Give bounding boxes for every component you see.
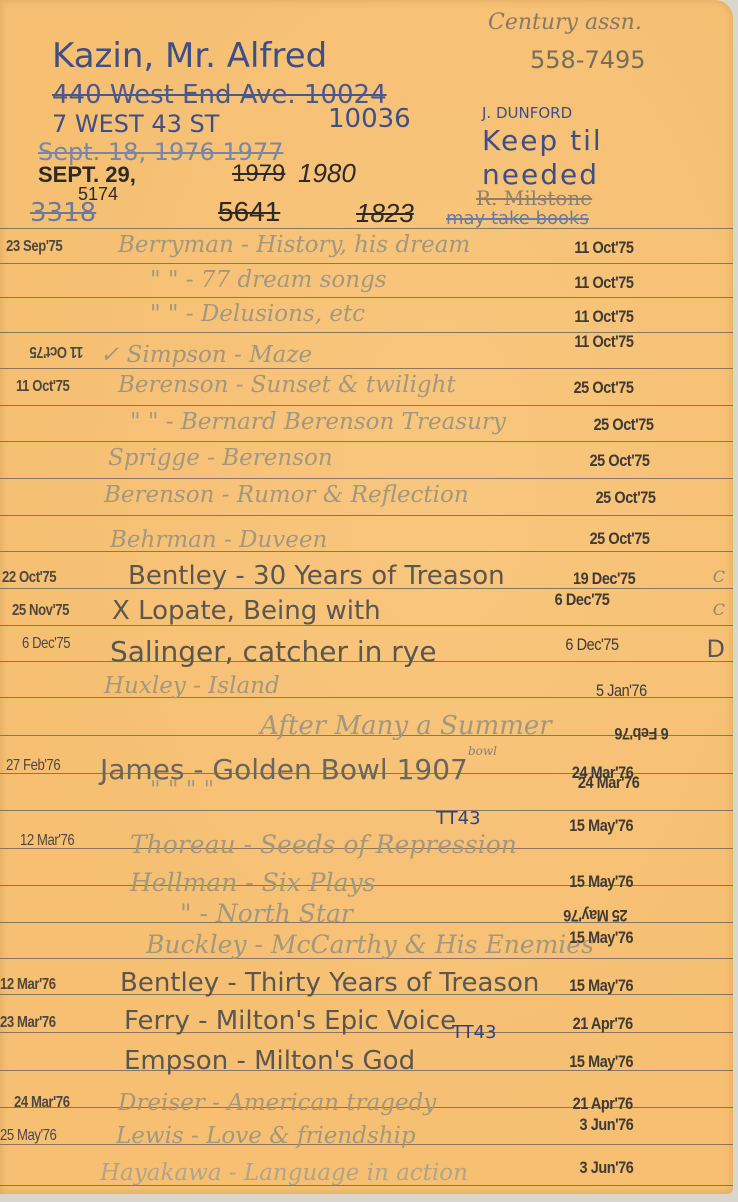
date-in: 25 Oct'75 [595,488,655,508]
date-out: 25 Nov'75 [12,602,69,620]
date-in: 24 Mar'76 [578,773,639,793]
old-number-struck-1: 3318 [30,198,96,228]
loan-entry: " - North Star 25 May'76 [0,885,733,922]
book-title: Huxley - Island [104,673,280,699]
book-title: " " - Bernard Berenson Treasury [130,409,506,435]
date-in: 25 Oct'75 [589,529,649,549]
date-out: 11 Oct'75 [30,342,83,360]
loan-entry: 27 Feb'76 James - Golden Bowl 1907 24 Ma… [0,735,733,772]
book-title: Buckley - McCarthy & His Enemies [146,930,594,959]
old-number-struck-2: 5641 [218,196,280,228]
return-note: C [713,600,725,619]
date-in: 25 Oct'75 [593,415,653,435]
book-title: Berryman - History, his dream [118,232,470,258]
book-title: ✓ Simpson - Maze [100,342,312,368]
note-keep-line1: Keep til [482,124,603,157]
loan-entry: 23 Mar'76 Ferry - Milton's Epic Voice 21… [0,994,733,1031]
date-in: 6 Dec'75 [566,635,619,655]
return-note: C [713,567,725,586]
borrower-name: Kazin, Mr. Alfred [52,36,327,76]
date-out: 12 Mar'76 [0,976,56,994]
date-in: 15 May'76 [569,816,633,836]
date-out: 23 Mar'76 [0,1014,56,1032]
loan-entry: 25 Nov'75 X Lopate, Being with 6 Dec'75 … [0,588,733,625]
current-address-zip: 10036 [328,104,411,134]
call-number-annotation: TT43 [452,1022,497,1043]
date-in: 15 May'76 [569,1052,633,1072]
date-in: 11 Oct'75 [574,273,633,293]
date-out: 11 Oct'75 [16,378,69,396]
loan-entry: Hayakawa - Language in action 3 Jun'76 [0,1144,733,1181]
date-in: 11 Oct'75 [574,332,633,352]
loan-entry: 12 Mar'76 Thoreau - Seeds of Repression … [0,810,733,847]
date-in: 21 Apr'76 [573,1014,633,1034]
loan-entry: " " - Delusions, etc 11 Oct'75 [0,297,733,334]
return-note: D [707,635,725,663]
date-out: 22 Oct'75 [2,569,56,587]
struck-note-2: may take books [446,208,589,229]
old-number-struck-3: 1823 [356,198,414,229]
loan-entry: Huxley - Island 5 Jan'76 [0,661,733,698]
book-title: " " - Delusions, etc [150,301,365,327]
date-year: 1980 [298,158,356,189]
loan-entry: 6 Dec'75 Salinger, catcher in rye 6 Dec'… [0,625,733,662]
date-in: 25 Oct'75 [573,378,633,398]
loan-entry: Sprigge - Berenson 25 Oct'75 [0,441,733,478]
book-title: Berenson - Sunset & twilight [118,372,456,398]
library-card: Kazin, Mr. Alfred Century assn. 558-7495… [0,0,733,1194]
book-title: Bentley - 30 Years of Treason [128,561,505,591]
date-in: 6 Dec'75 [554,590,609,610]
golden-bowl-annotation: bowl [468,744,497,758]
loan-entry: " " " " 24 Mar'76 [0,773,733,810]
date-in: 11 Oct'75 [574,307,633,327]
affiliation: Century assn. [488,10,642,35]
loan-entry: 11 Oct'75 ✓ Simpson - Maze 11 Oct'75 [0,332,733,369]
date-in: 19 Dec'75 [573,569,635,589]
date-out: 6 Dec'75 [22,635,70,653]
phone-number: 558-7495 [530,46,646,74]
note-name: J. DUNFORD [482,104,572,122]
loan-entry: After Many a Summer 6 Feb'76 [0,697,733,734]
struck-note: R. Milstone [476,186,592,210]
loan-entry: " " - 77 dream songs 11 Oct'75 [0,263,733,300]
book-title: " " - 77 dream songs [150,267,387,293]
loan-entry: Behrman - Duveen 25 Oct'75 [0,515,733,552]
date-in: 3 Jun'76 [579,1158,633,1178]
book-title: " " " " [150,777,214,803]
loan-entry: 22 Oct'75 Bentley - 30 Years of Treason … [0,551,733,588]
date-in: 15 May'76 [569,928,633,948]
call-number-annotation: TT43 [436,808,481,829]
date-in: 25 Oct'75 [589,451,649,471]
date-in: 3 Jun'76 [579,1115,633,1135]
date-struck-year: 1979 [232,160,285,188]
loan-entry: 25 May'76 Lewis - Love & friendship 3 Ju… [0,1107,733,1144]
loan-entry: 12 Mar'76 Bentley - Thirty Years of Trea… [0,958,733,995]
book-title: Behrman - Duveen [110,527,327,553]
date-in: 15 May'76 [569,976,633,996]
date-out: 23 Sep'75 [6,238,62,256]
current-address-street: 7 WEST 43 ST [52,110,219,138]
loan-entry: 24 Mar'76 Dreiser - American tragedy 21 … [0,1070,733,1107]
book-title: Berenson - Rumor & Reflection [104,482,469,508]
loan-entry: 23 Sep'75 Berryman - History, his dream … [0,228,733,265]
book-title: Sprigge - Berenson [108,445,333,471]
book-title: Hayakawa - Language in action [100,1160,468,1186]
loan-entry: Hellman - Six Plays 15 May'76 [0,848,733,885]
loan-entry: Empson - Milton's God 15 May'76 [0,1032,733,1069]
book-title: X Lopate, Being with [112,596,381,626]
date-in: 11 Oct'75 [574,238,633,258]
loan-entry: Buckley - McCarthy & His Enemies 15 May'… [0,922,733,959]
loan-entry: Berenson - Rumor & Reflection 25 Oct'75 [0,478,733,515]
loan-entry: " " - Bernard Berenson Treasury 25 Oct'7… [0,405,733,442]
loan-entry: 11 Oct'75 Berenson - Sunset & twilight 2… [0,368,733,405]
date-out: 25 May'76 [0,1127,56,1145]
